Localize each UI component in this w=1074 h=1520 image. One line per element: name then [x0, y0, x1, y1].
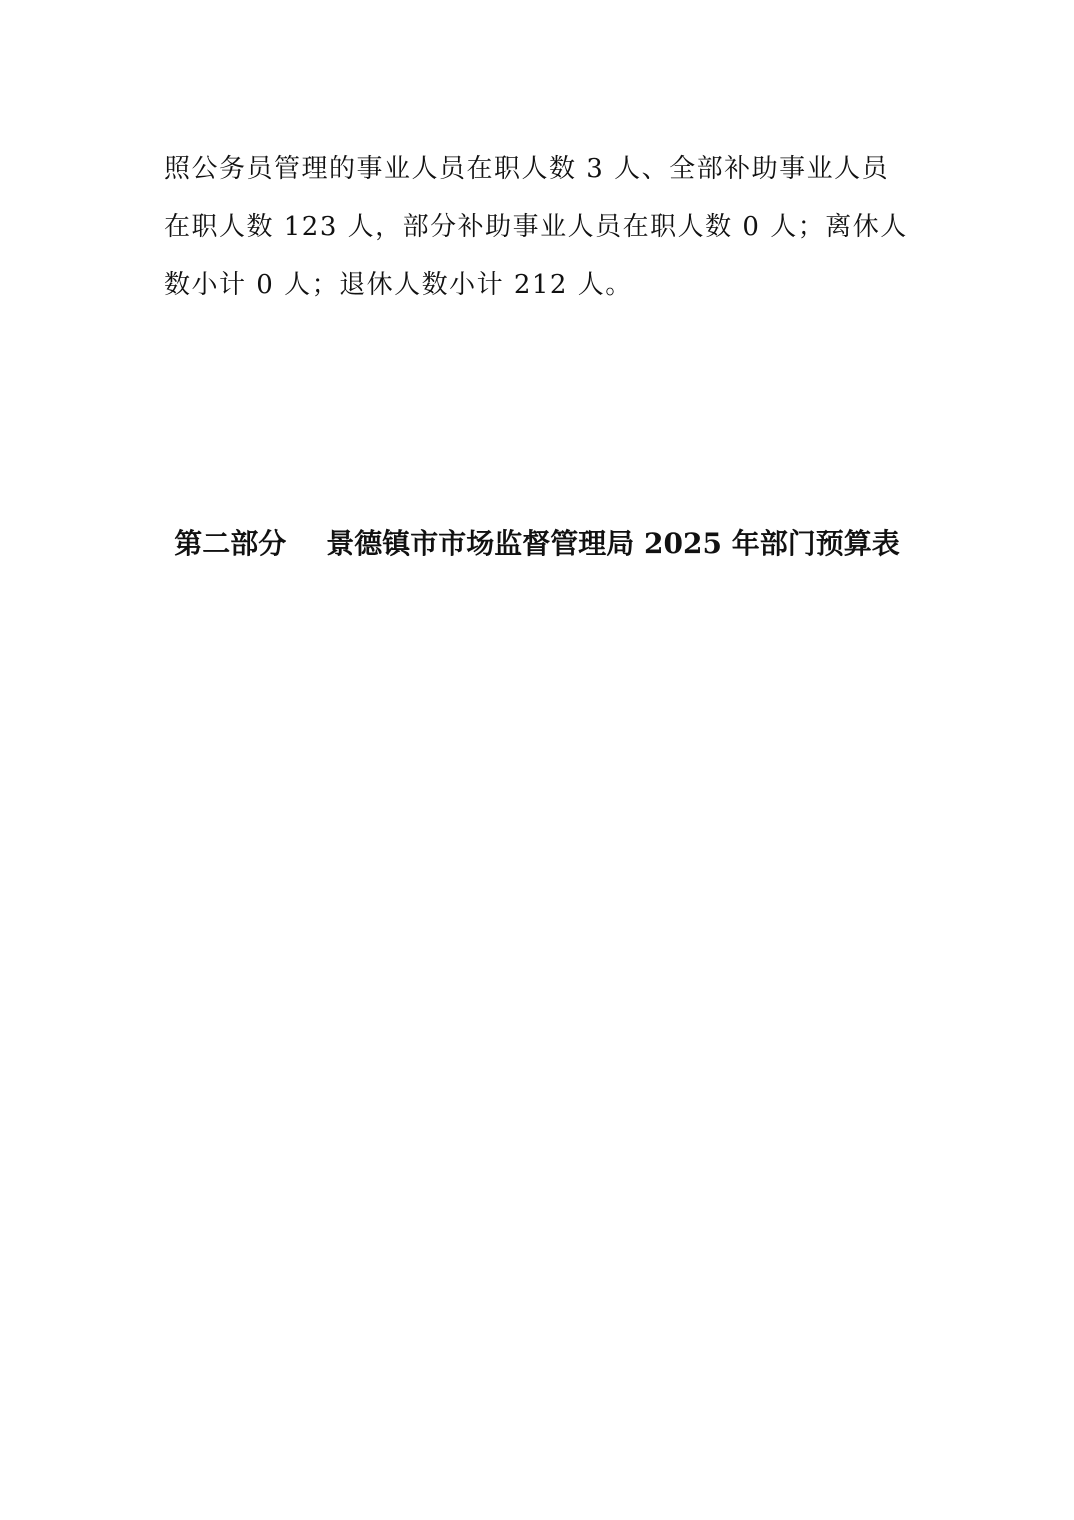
section-heading: 第二部分景德镇市市场监督管理局 2025 年部门预算表 — [0, 520, 1074, 568]
paragraph-line-2: 在职人数 123 人，部分补助事业人员在职人数 0 人；离休人 — [164, 198, 924, 256]
paragraph-line-1: 照公务员管理的事业人员在职人数 3 人、全部补助事业人员 — [164, 140, 924, 198]
section-title-text: 景德镇市市场监督管理局 2025 年部门预算表 — [326, 527, 899, 560]
section-part-label: 第二部分 — [174, 527, 286, 560]
paragraph-line-3: 数小计 0 人；退休人数小计 212 人。 — [164, 256, 924, 314]
staffing-paragraph: 照公务员管理的事业人员在职人数 3 人、全部补助事业人员 在职人数 123 人，… — [164, 140, 924, 314]
